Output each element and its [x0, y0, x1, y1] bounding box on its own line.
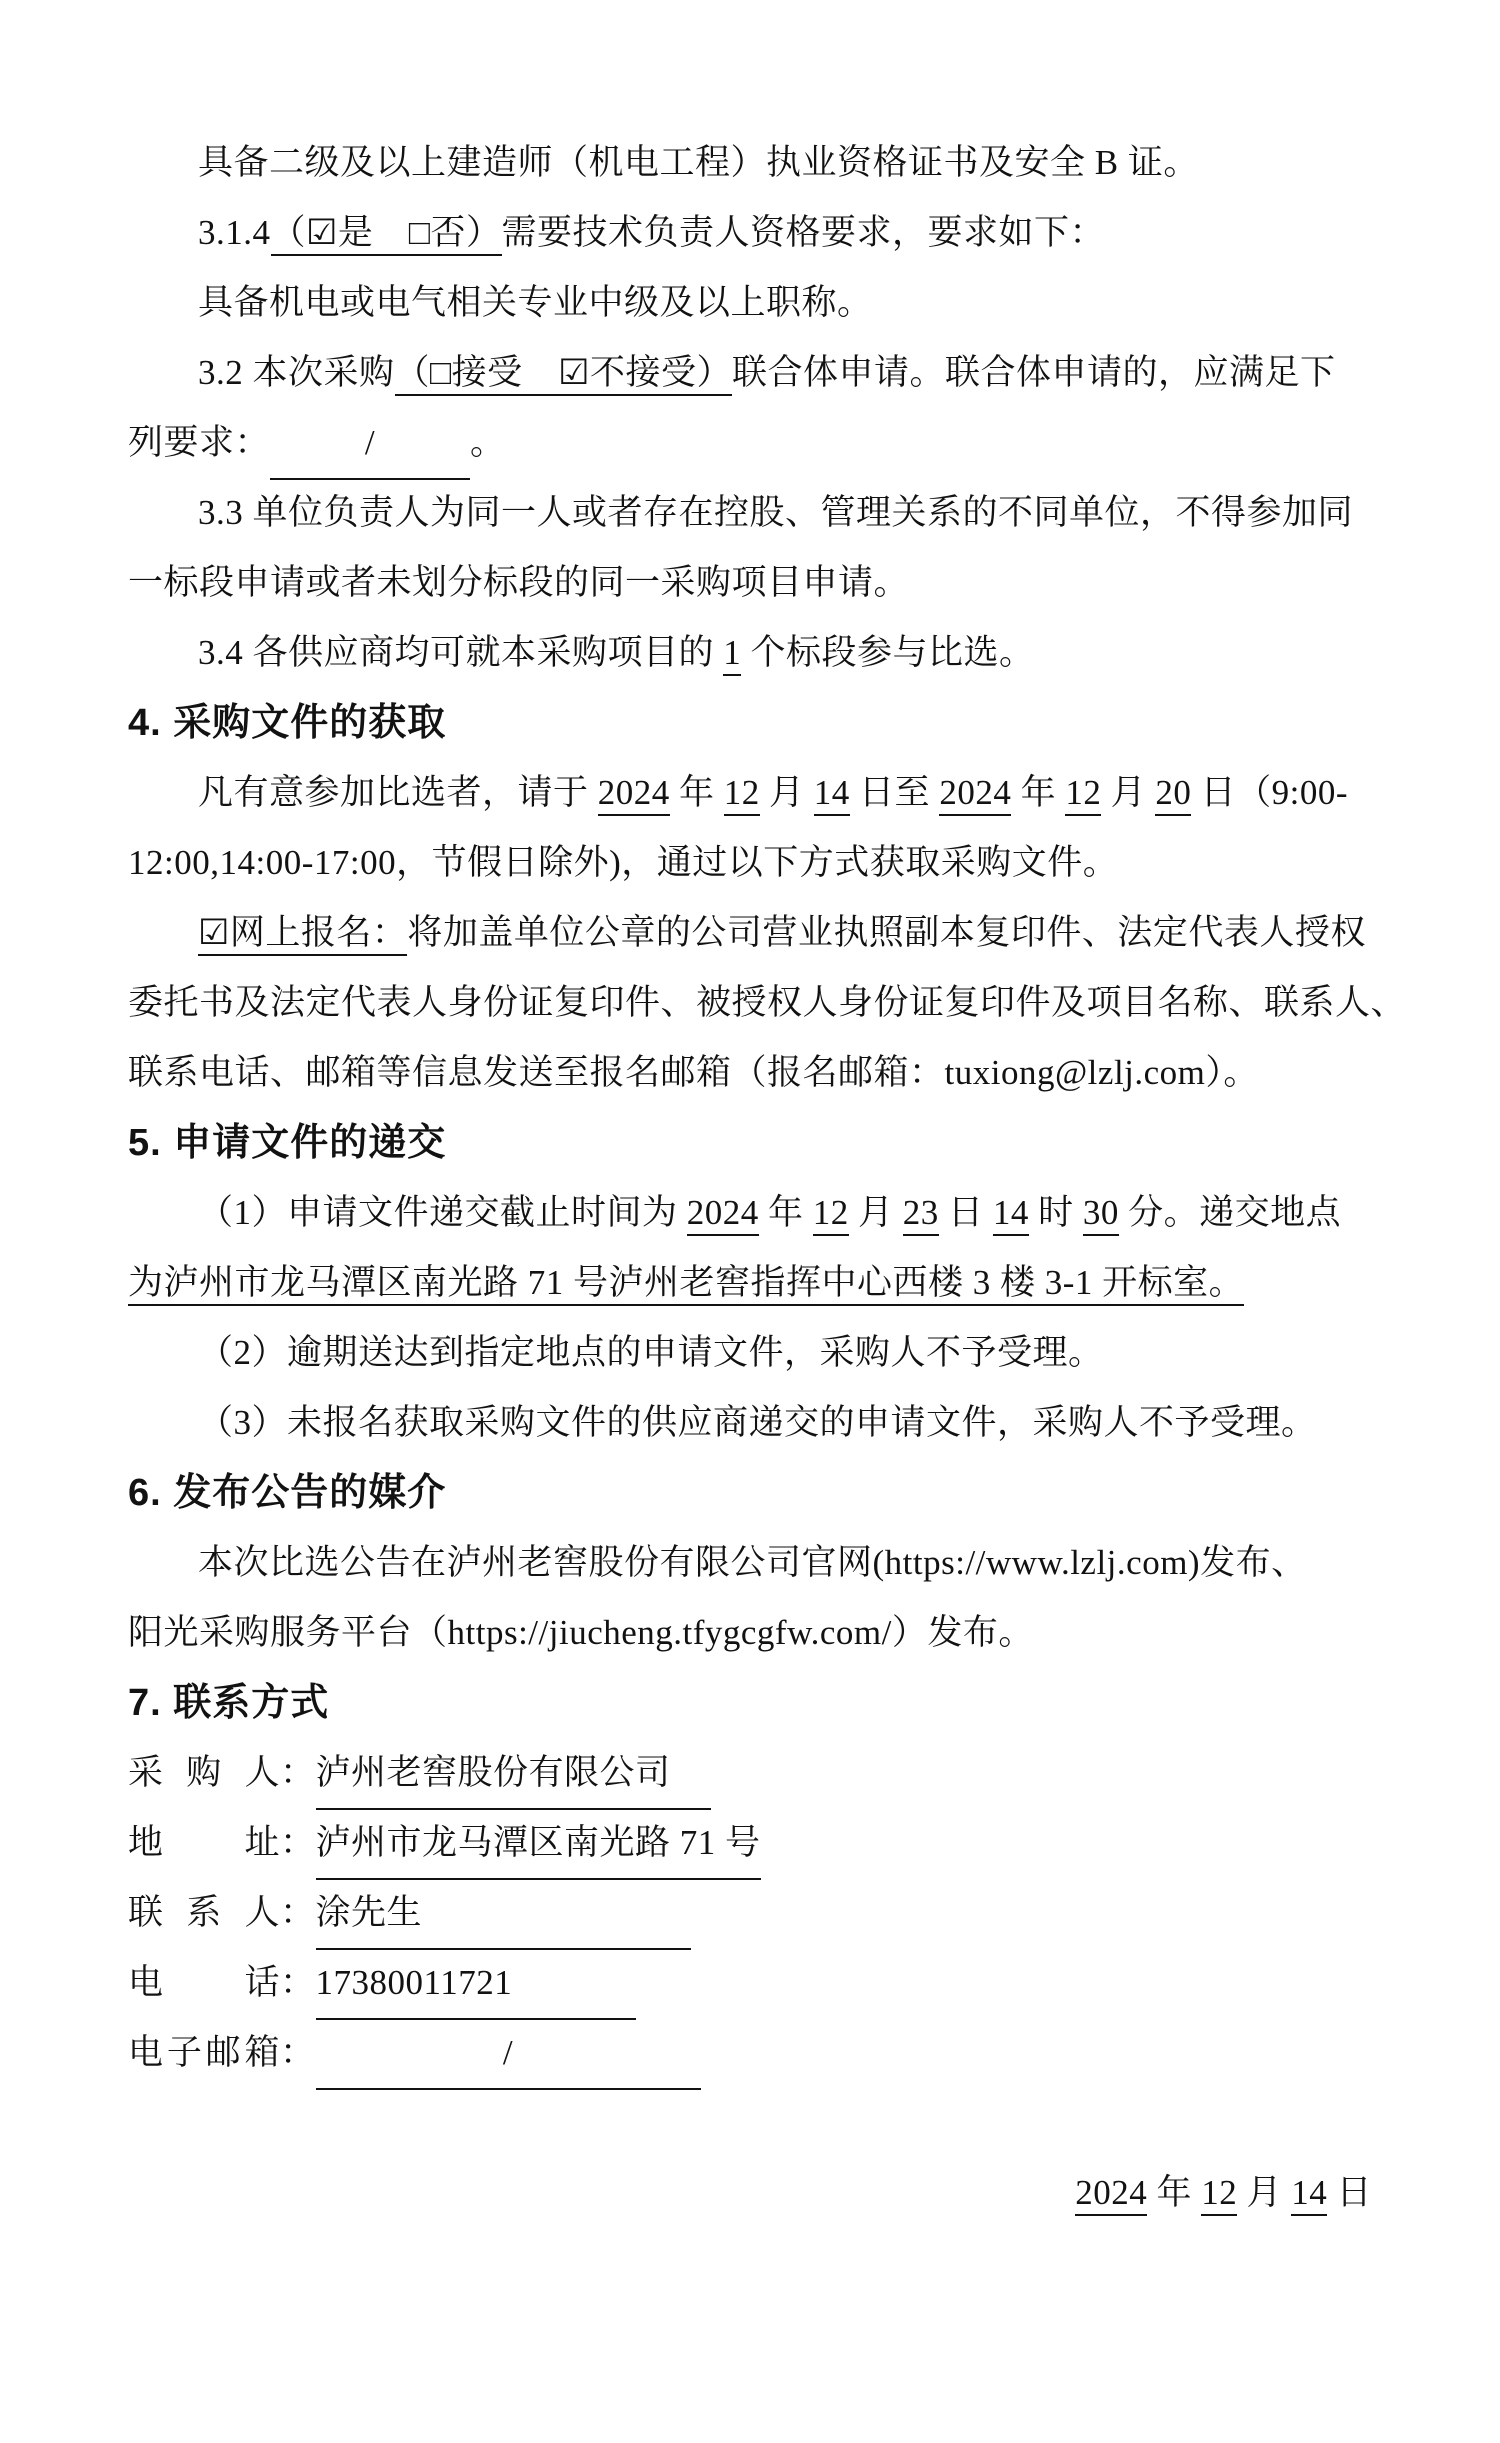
heading-5-application-submission: 5. 申请文件的递交	[128, 1108, 1372, 1178]
blank-field-slash: /	[270, 408, 470, 480]
address-value: 泸州市龙马潭区南光路 71 号	[316, 1808, 761, 1880]
text-segment: 分。递交地点	[1119, 1193, 1341, 1232]
text-segment: 月	[760, 773, 814, 812]
text-segment: 12:00,14:00-17:00，节假日除外)，通过以下方式获取采购文件。	[128, 843, 1118, 882]
submission-address-value: 为泸州市龙马潭区南光路 71 号泸州老窖指挥中心西楼 3 楼 3-1 开标室。	[128, 1263, 1244, 1306]
text-segment: 月	[1237, 2173, 1291, 2212]
line-tech-title-requirement: 具备机电或电气相关专业中级及以上职称。	[128, 268, 1372, 338]
text-segment: 年	[759, 1193, 813, 1232]
deadline-year-value: 2024	[687, 1193, 759, 1236]
line-3-3-continued: 一标段申请或者未划分标段的同一采购项目申请。	[128, 548, 1372, 618]
text-segment: 年	[1011, 773, 1065, 812]
deadline-minute-value: 30	[1083, 1193, 1119, 1236]
colon: ：	[280, 2033, 316, 2072]
text-segment: 年	[670, 773, 724, 812]
deadline-hour-value: 14	[993, 1193, 1029, 1236]
date-day-value: 20	[1155, 773, 1191, 816]
contact-person-label: 联系人	[128, 1878, 280, 1948]
colon: ：	[280, 1823, 316, 1862]
text-segment: 具备二级及以上建造师（机电工程）执业资格证书及安全 B 证。	[198, 143, 1199, 182]
text-segment: 时	[1029, 1193, 1083, 1232]
text-segment: 委托书及法定代表人身份证复印件、被授权人身份证复印件及项目名称、联系人、	[128, 983, 1406, 1022]
text-segment: 本次比选公告在泸州老窖股份有限公司官网(https://www.lzlj.com…	[198, 1543, 1307, 1582]
text-segment: 需要技术负责人资格要求，要求如下：	[502, 213, 1106, 252]
line-3-4-lot-participation: 3.4 各供应商均可就本采购项目的 1 个标段参与比选。	[128, 618, 1372, 688]
heading-7-contact-info: 7. 联系方式	[128, 1668, 1372, 1738]
text-segment: 将加盖单位公章的公司营业执照副本复印件、法定代表人授权	[407, 913, 1366, 952]
line-3-3-same-controller: 3.3 单位负责人为同一人或者存在控股、管理关系的不同单位，不得参加同	[128, 478, 1372, 548]
heading-4-document-acquisition: 4. 采购文件的获取	[128, 688, 1372, 758]
text-segment: 月	[849, 1193, 903, 1232]
line-submission-address: 为泸州市龙马潭区南光路 71 号泸州老窖指挥中心西楼 3 楼 3-1 开标室。	[128, 1248, 1372, 1318]
row-phone: 电话：17380011721	[128, 1948, 1372, 2018]
heading-text: 5. 申请文件的递交	[128, 1122, 446, 1164]
line-requirement-blank: 列要求：/。	[128, 408, 1372, 478]
row-address: 地址：泸州市龙马潭区南光路 71 号	[128, 1808, 1372, 1878]
document-page: 具备二级及以上建造师（机电工程）执业资格证书及安全 B 证。 3.1.4（☑是 …	[0, 0, 1500, 2228]
text-segment: 月	[1101, 773, 1155, 812]
date-year-value: 2024	[939, 773, 1011, 816]
doc-date-day: 14	[1291, 2173, 1327, 2216]
checkbox-yes-no-field: （☑是 □否）	[271, 213, 502, 256]
text-segment: 日至	[850, 773, 940, 812]
heading-6-announcement-media: 6. 发布公告的媒介	[128, 1458, 1372, 1528]
text-segment: 日	[939, 1193, 993, 1232]
text-segment: 凡有意参加比选者，请于	[198, 773, 598, 812]
text-segment: 一标段申请或者未划分标段的同一采购项目申请。	[128, 563, 909, 602]
lot-count-value: 1	[723, 633, 741, 676]
date-year-value: 2024	[598, 773, 670, 816]
heading-text: 7. 联系方式	[128, 1682, 329, 1724]
online-registration-label: ☑网上报名：	[198, 913, 407, 956]
line-acquisition-period: 凡有意参加比选者，请于 2024 年 12 月 14 日至 2024 年 12 …	[128, 758, 1372, 828]
line-registration-docs: 委托书及法定代表人身份证复印件、被授权人身份证复印件及项目名称、联系人、	[128, 968, 1372, 1038]
text-segment: （3）未报名获取采购文件的供应商递交的申请文件，采购人不予受理。	[198, 1403, 1317, 1442]
address-label: 地址	[128, 1808, 280, 1878]
email-label: 电子邮箱	[128, 2018, 280, 2088]
text-segment: 联合体申请。联合体申请的，应满足下	[732, 353, 1336, 392]
text-segment: （1）申请文件递交截止时间为	[198, 1193, 687, 1232]
text-segment: 3.3 单位负责人为同一人或者存在控股、管理关系的不同单位，不得参加同	[198, 493, 1353, 532]
colon: ：	[280, 1893, 316, 1932]
clause-number: 3.1.4	[198, 213, 271, 252]
doc-date-year: 2024	[1075, 2173, 1147, 2216]
text-segment: 日	[1327, 2173, 1372, 2212]
text-segment: 3.2 本次采购	[198, 353, 395, 392]
line-builder-cert-requirement: 具备二级及以上建造师（机电工程）执业资格证书及安全 B 证。	[128, 128, 1372, 198]
row-contact-person: 联系人：涂先生	[128, 1878, 1372, 1948]
colon: ：	[280, 1963, 316, 2002]
deadline-day-value: 23	[903, 1193, 939, 1236]
line-submission-deadline: （1）申请文件递交截止时间为 2024 年 12 月 23 日 14 时 30 …	[128, 1178, 1372, 1248]
heading-text: 4. 采购文件的获取	[128, 702, 446, 744]
line-unregistered-submission: （3）未报名获取采购文件的供应商递交的申请文件，采购人不予受理。	[128, 1388, 1372, 1458]
heading-text: 6. 发布公告的媒介	[128, 1472, 446, 1514]
row-document-date: 2024 年 12 月 14 日	[128, 2158, 1372, 2228]
colon: ：	[280, 1753, 316, 1792]
line-registration-email: 联系电话、邮箱等信息发送至报名邮箱（报名邮箱：tuxiong@lzlj.com）…	[128, 1038, 1372, 1108]
line-3-2-consortium: 3.2 本次采购（□接受 ☑不接受）联合体申请。联合体申请的，应满足下	[128, 338, 1372, 408]
line-3-1-4-tech-lead-requirement: 3.1.4（☑是 □否）需要技术负责人资格要求，要求如下：	[128, 198, 1372, 268]
line-acquisition-hours: 12:00,14:00-17:00，节假日除外)，通过以下方式获取采购文件。	[128, 828, 1372, 898]
date-day-value: 14	[814, 773, 850, 816]
line-official-website: 本次比选公告在泸州老窖股份有限公司官网(https://www.lzlj.com…	[128, 1528, 1372, 1598]
date-month-value: 12	[724, 773, 760, 816]
email-blank-slash: /	[316, 2018, 701, 2090]
contact-person-value: 涂先生	[316, 1878, 691, 1950]
deadline-month-value: 12	[813, 1193, 849, 1236]
doc-date-month: 12	[1201, 2173, 1237, 2216]
line-sunshine-platform: 阳光采购服务平台（https://jiucheng.tfygcgfw.com/）…	[128, 1598, 1372, 1668]
checkbox-accept-reject-field: （□接受 ☑不接受）	[395, 353, 733, 396]
row-email: 电子邮箱：/	[128, 2018, 1372, 2088]
text-segment: 具备机电或电气相关专业中级及以上职称。	[198, 283, 873, 322]
line-online-registration: ☑网上报名：将加盖单位公章的公司营业执照副本复印件、法定代表人授权	[128, 898, 1372, 968]
buyer-value: 泸州老窖股份有限公司	[316, 1738, 711, 1810]
date-month-value: 12	[1065, 773, 1101, 816]
text-segment: 日（9:00-	[1191, 773, 1348, 812]
text-segment: 3.4 各供应商均可就本采购项目的	[198, 633, 723, 672]
text-segment: （2）逾期送达到指定地点的申请文件，采购人不予受理。	[198, 1333, 1104, 1372]
phone-value: 17380011721	[316, 1948, 636, 2020]
text-segment: 。	[470, 423, 506, 462]
text-segment: 列要求：	[128, 423, 270, 462]
phone-label: 电话	[128, 1948, 280, 2018]
text-segment: 年	[1147, 2173, 1201, 2212]
row-buyer: 采购人：泸州老窖股份有限公司	[128, 1738, 1372, 1808]
line-late-submission: （2）逾期送达到指定地点的申请文件，采购人不予受理。	[128, 1318, 1372, 1388]
text-segment: 阳光采购服务平台（https://jiucheng.tfygcgfw.com/）…	[128, 1613, 1034, 1652]
text-segment: 联系电话、邮箱等信息发送至报名邮箱（报名邮箱：tuxiong@lzlj.com）…	[128, 1053, 1259, 1092]
buyer-label: 采购人	[128, 1738, 280, 1808]
text-segment: 个标段参与比选。	[741, 633, 1034, 672]
